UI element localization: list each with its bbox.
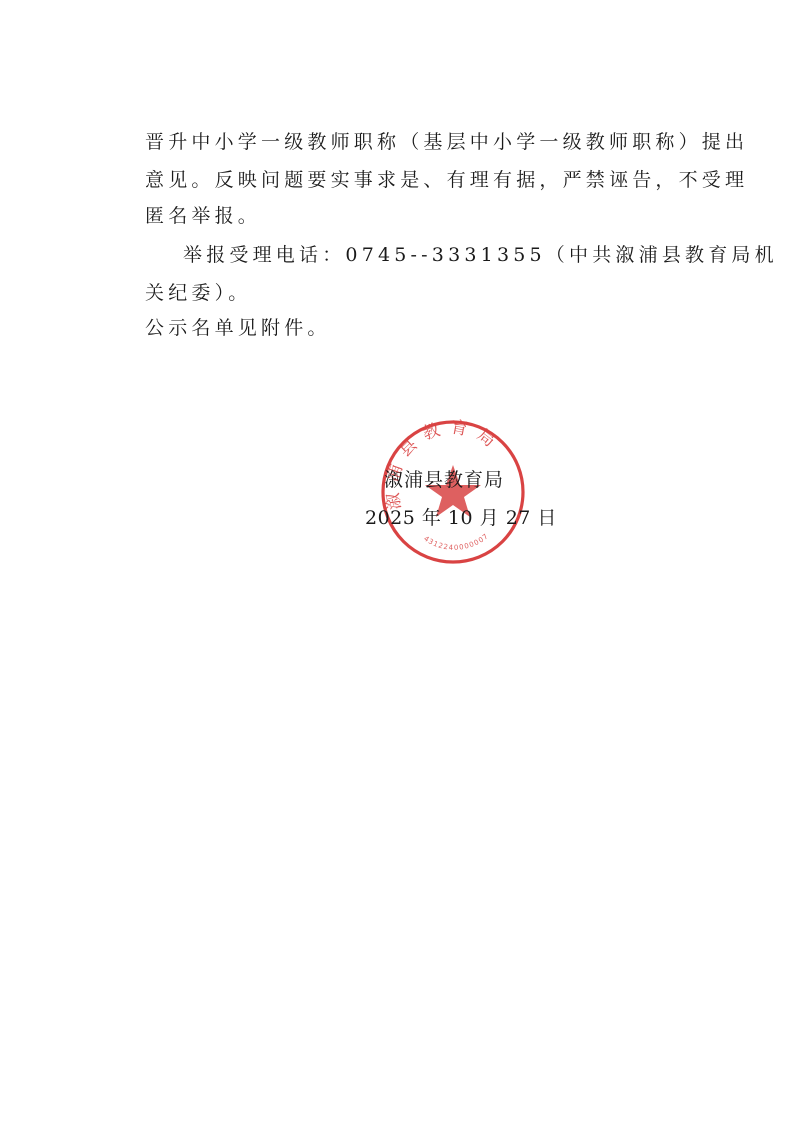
svg-text:4312240000007: 4312240000007 (422, 532, 490, 552)
paragraph-line: 匿名举报。 (145, 204, 261, 228)
document-page: 晋升中小学一级教师职称（基层中小学一级教师职称）提出 意见。反映问题要实事求是、… (0, 0, 793, 1122)
official-seal-icon: 溆浦县教育局 4312240000007 (378, 417, 528, 567)
paragraph-line: 晋升中小学一级教师职称（基层中小学一级教师职称）提出 (145, 130, 748, 154)
issuing-organization: 溆浦县教育局 (384, 468, 504, 492)
paragraph-line: 关纪委）。 (145, 281, 252, 305)
attachment-note: 公示名单见附件。 (145, 316, 331, 340)
issue-date: 2025 年 10 月 27 日 (365, 506, 557, 530)
report-hotline-line: 举报受理电话：0745--3331355（中共溆浦县教育局机 (183, 243, 778, 267)
paragraph-line: 意见。反映问题要实事求是、有理有据，严禁诬告，不受理 (145, 168, 748, 192)
